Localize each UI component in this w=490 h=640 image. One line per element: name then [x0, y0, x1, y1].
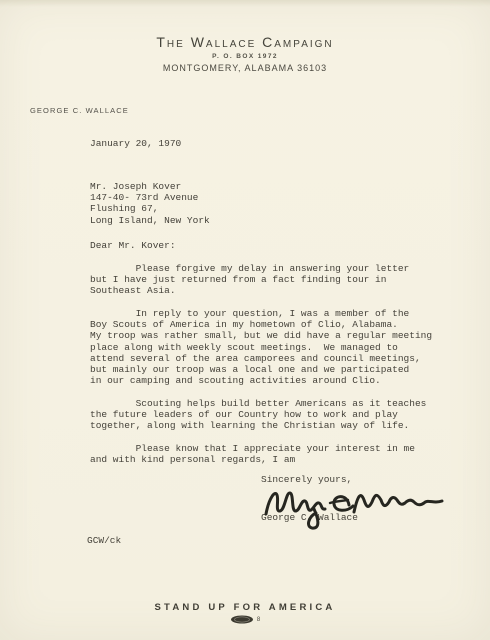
letter-page: The Wallace Campaign P. O. BOX 1972 MONT… — [0, 0, 490, 640]
letterhead: The Wallace Campaign P. O. BOX 1972 MONT… — [0, 34, 490, 73]
union-bug: 8 — [0, 615, 490, 624]
letterhead-city-line: MONTGOMERY, ALABAMA 36103 — [0, 63, 490, 73]
salutation: Dear Mr. Kover: — [90, 240, 176, 251]
date-line: January 20, 1970 — [90, 138, 181, 149]
handwritten-signature — [256, 484, 452, 534]
letterhead-org-name: The Wallace Campaign — [0, 34, 490, 50]
recipient-address: Mr. Joseph Kover 147-40- 73rd Avenue Flu… — [90, 181, 210, 226]
body-paragraph-1: Please forgive my delay in answering you… — [90, 263, 455, 297]
union-bug-icon — [230, 615, 256, 624]
body-paragraph-3: Scouting helps build better Americans as… — [90, 398, 465, 432]
body-paragraph-2: In reply to your question, I was a membe… — [90, 308, 465, 386]
letterhead-sender-name: GEORGE C. WALLACE — [30, 106, 129, 115]
body-paragraph-4: Please know that I appreciate your inter… — [90, 443, 465, 465]
union-bug-number: 8 — [257, 617, 260, 623]
letterhead-po-box: P. O. BOX 1972 — [0, 53, 490, 60]
typist-initials: GCW/ck — [87, 535, 121, 546]
campaign-slogan: STAND UP FOR AMERICA — [0, 602, 490, 613]
